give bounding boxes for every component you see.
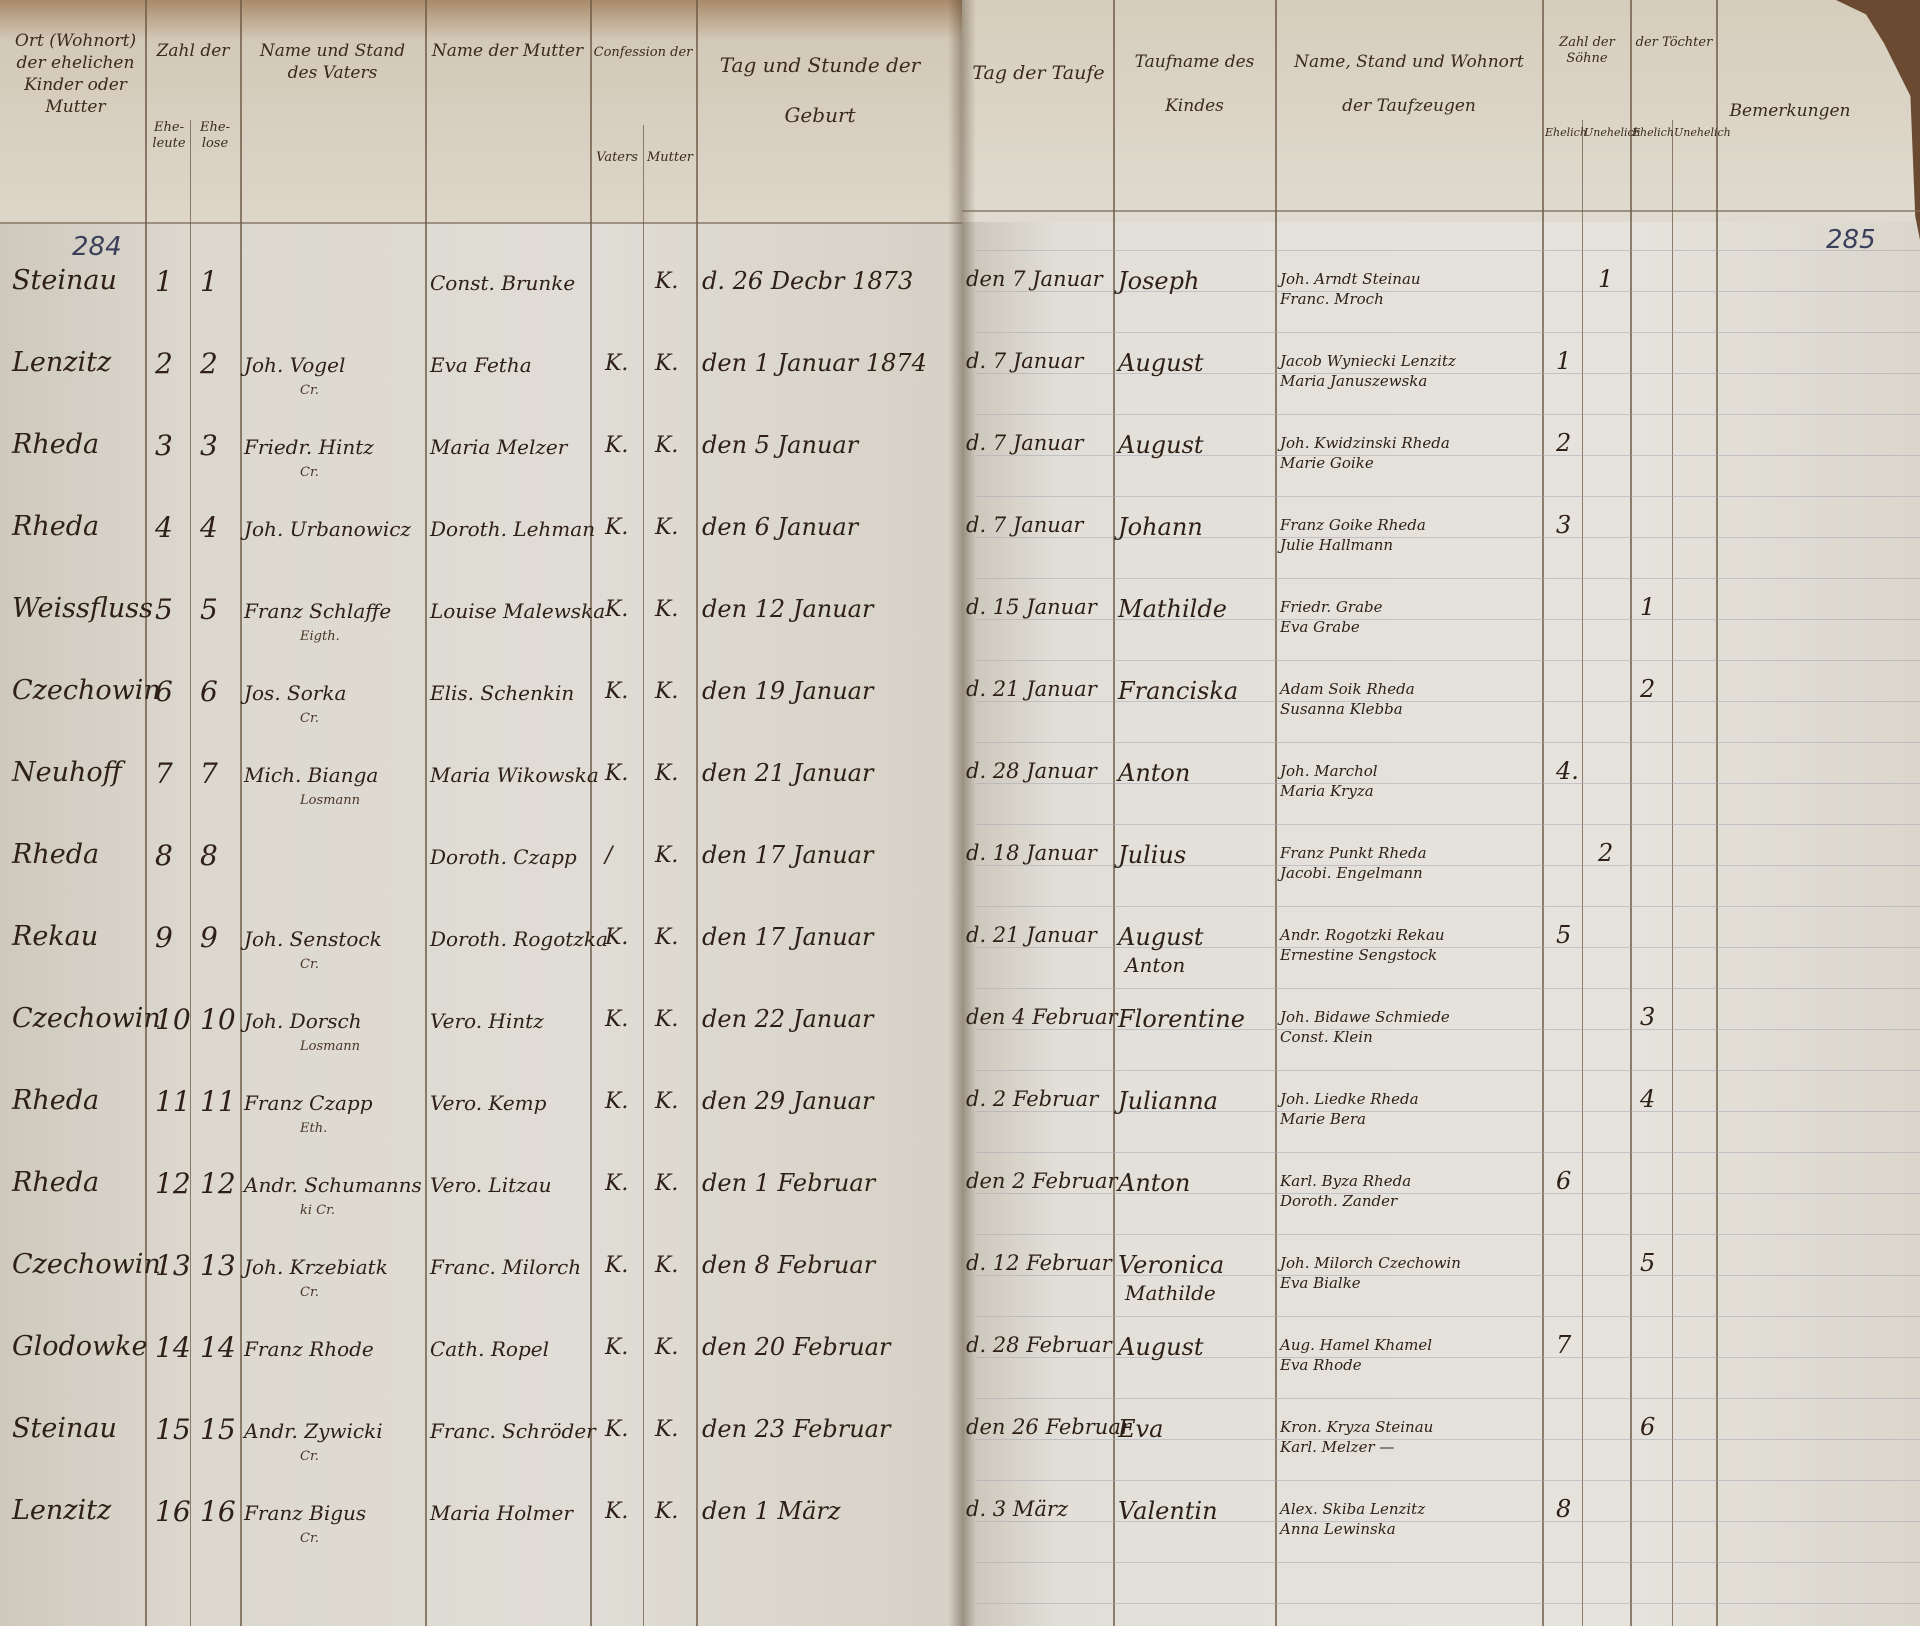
godparents-cell: Andr. Rogotzki Rekau Ernestine Sengstock	[1280, 925, 1445, 965]
child-name-cell: Mathilde	[1118, 595, 1227, 623]
child-name-cell: Anton	[1118, 1169, 1190, 1197]
header-daughters-illegit: Unehelich	[1674, 125, 1716, 141]
baptism-date-cell: d. 7 Januar	[966, 349, 1083, 373]
child-name-cell: August	[1118, 431, 1204, 459]
header-mother: Name der Mutter	[430, 40, 585, 62]
ruled-line	[976, 660, 1920, 661]
entry-number-cell: 1	[200, 265, 218, 298]
mother-cell: Eva Fetha	[430, 353, 532, 377]
birth-date-cell: den 29 Januar	[702, 1087, 873, 1115]
father-cell: Joh. Krzebiatk	[244, 1255, 388, 1279]
col-rule	[1582, 120, 1583, 1626]
child-second-name-cell: Mathilde	[1125, 1281, 1216, 1305]
ruled-line	[976, 1152, 1920, 1153]
entry-number-cell: 1	[155, 265, 173, 298]
col-rule	[1542, 0, 1544, 1626]
baptism-date-cell: d. 18 Januar	[966, 841, 1097, 865]
col-rule	[1275, 0, 1277, 1626]
godparents-cell: Joh. Kwidzinski Rheda Marie Goike	[1280, 433, 1450, 473]
birth-date-cell: den 19 Januar	[702, 677, 873, 705]
mother-cell: Vero. Litzau	[430, 1173, 551, 1197]
mother-cell: Maria Melzer	[430, 435, 567, 459]
mother-cell: Maria Holmer	[430, 1501, 573, 1525]
entry-number-cell: 14	[155, 1331, 191, 1364]
child-second-name-cell: Anton	[1125, 953, 1185, 977]
godparents-cell: Aug. Hamel Khamel Eva Rhode	[1280, 1335, 1432, 1375]
col-rule	[425, 0, 427, 1626]
ruled-line	[976, 1480, 1920, 1481]
entry-number-cell: 16	[155, 1495, 191, 1528]
right-page-number: 285	[1826, 225, 1876, 255]
godparents-cell: Franz Goike Rheda Julie Hallmann	[1280, 515, 1426, 555]
mother-cell: Maria Wikowska	[430, 763, 599, 787]
header-godparents: Name, Stand und Wohnort der Taufzeugen	[1280, 40, 1538, 128]
header-child-name: Taufname des Kindes	[1116, 40, 1273, 128]
godparents-cell: Kron. Kryza Steinau Karl. Melzer —	[1280, 1417, 1433, 1457]
confession-mother-cell: K.	[655, 1171, 678, 1196]
child-name-cell: Florentine	[1118, 1005, 1245, 1033]
confession-father-cell: K.	[605, 1335, 628, 1360]
sons-illegit-cell: 2	[1598, 839, 1613, 867]
father-cell: Andr. Zywicki	[244, 1419, 383, 1443]
birth-date-cell: den 20 Februar	[702, 1333, 890, 1361]
place-cell: Czechowin	[12, 1249, 161, 1280]
father-status-cell: Cr.	[300, 465, 319, 480]
birth-date-cell: den 17 Januar	[702, 923, 873, 951]
godparents-cell: Joh. Milorch Czechowin Eva Bialke	[1280, 1253, 1461, 1293]
baptism-date-cell: d. 15 Januar	[966, 595, 1097, 619]
entry-number-cell: 8	[200, 839, 218, 872]
header-sons-illegit: Unehelich	[1584, 125, 1630, 141]
baptism-date-cell: den 4 Februar	[966, 1005, 1118, 1029]
baptism-date-cell: d. 3 März	[966, 1497, 1068, 1521]
baptism-date-cell: d. 7 Januar	[966, 513, 1083, 537]
entry-number-cell: 15	[200, 1413, 236, 1446]
entry-number-cell: 2	[200, 347, 218, 380]
ruled-line	[976, 1070, 1920, 1071]
confession-mother-cell: K.	[655, 351, 678, 376]
confession-mother-cell: K.	[655, 515, 678, 540]
father-cell: Franz Bigus	[244, 1501, 366, 1525]
ruled-line	[976, 496, 1920, 497]
godparents-cell: Joh. Bidawe Schmiede Const. Klein	[1280, 1007, 1450, 1047]
ruled-line	[976, 906, 1920, 907]
book-gutter	[948, 0, 976, 1626]
father-status-cell: Eigth.	[300, 629, 340, 644]
ruled-line	[976, 988, 1920, 989]
birth-date-cell: den 8 Februar	[702, 1251, 875, 1279]
child-name-cell: Johann	[1118, 513, 1203, 541]
godparents-cell: Joh. Liedke Rheda Marie Bera	[1280, 1089, 1419, 1129]
entry-number-cell: 6	[155, 675, 173, 708]
baptism-date-cell: d. 28 Januar	[966, 759, 1097, 783]
birth-date-cell: den 5 Januar	[702, 431, 858, 459]
father-status-cell: Cr.	[300, 1449, 319, 1464]
mother-cell: Doroth. Czapp	[430, 845, 577, 869]
entry-number-cell: 16	[200, 1495, 236, 1528]
ruled-line	[976, 1316, 1920, 1317]
ruled-line	[976, 1398, 1920, 1399]
entry-number-cell: 7	[155, 757, 173, 790]
child-name-cell: August	[1118, 923, 1204, 951]
header-divider-right	[962, 210, 1920, 212]
father-status-cell: Losmann	[300, 1039, 360, 1054]
place-cell: Lenzitz	[12, 1495, 111, 1526]
birth-date-cell: den 17 Januar	[702, 841, 873, 869]
mother-cell: Cath. Ropel	[430, 1337, 549, 1361]
child-name-cell: Eva	[1118, 1415, 1163, 1443]
col-rule	[1672, 120, 1673, 1626]
confession-father-cell: K.	[605, 1417, 628, 1442]
father-cell: Andr. Schumanns	[244, 1173, 422, 1197]
baptism-date-cell: den 7 Januar	[966, 267, 1103, 291]
entry-number-cell: 5	[155, 593, 173, 626]
child-name-cell: Julius	[1118, 841, 1186, 869]
baptism-date-cell: d. 28 Februar	[966, 1333, 1112, 1357]
sons-legit-cell: 3	[1556, 511, 1571, 539]
confession-father-cell: K.	[605, 515, 628, 540]
birth-date-cell: den 6 Januar	[702, 513, 858, 541]
entry-number-cell: 12	[155, 1167, 191, 1200]
father-cell: Joh. Dorsch	[244, 1009, 362, 1033]
confession-father-cell: K.	[605, 1253, 628, 1278]
place-cell: Rheda	[12, 1085, 99, 1116]
place-cell: Lenzitz	[12, 347, 111, 378]
confession-mother-cell: K.	[655, 1499, 678, 1524]
confession-mother-cell: K.	[655, 761, 678, 786]
place-cell: Czechowin	[12, 1003, 161, 1034]
baptism-date-cell: d. 2 Februar	[966, 1087, 1098, 1111]
father-status-cell: Cr.	[300, 1531, 319, 1546]
birth-date-cell: den 12 Januar	[702, 595, 873, 623]
daughters-legit-cell: 3	[1640, 1003, 1655, 1031]
confession-mother-cell: K.	[655, 269, 678, 294]
mother-cell: Vero. Kemp	[430, 1091, 546, 1115]
mother-cell: Elis. Schenkin	[430, 681, 574, 705]
ruled-line	[976, 414, 1920, 415]
sons-legit-cell: 6	[1556, 1167, 1571, 1195]
right-page	[962, 0, 1920, 1626]
col-rule	[1113, 0, 1115, 1626]
place-cell: Rheda	[12, 1167, 99, 1198]
col-rule	[590, 0, 592, 1626]
father-status-cell: Cr.	[300, 711, 319, 726]
ruled-line	[976, 742, 1920, 743]
father-cell: Franz Czapp	[244, 1091, 373, 1115]
header-daughters: der Töchter	[1632, 35, 1716, 51]
ruled-line	[976, 824, 1920, 825]
col-rule	[145, 0, 147, 1626]
daughters-legit-cell: 4	[1640, 1085, 1655, 1113]
confession-father-cell: K.	[605, 761, 628, 786]
entry-number-cell: 3	[155, 429, 173, 462]
confession-father-cell: K.	[605, 351, 628, 376]
entry-number-cell: 9	[200, 921, 218, 954]
daughters-legit-cell: 2	[1640, 675, 1655, 703]
father-cell: Joh. Urbanowicz	[244, 517, 411, 541]
father-cell: Joh. Senstock	[244, 927, 382, 951]
confession-mother-cell: K.	[655, 843, 678, 868]
entry-number-cell: 11	[200, 1085, 236, 1118]
birth-date-cell: den 1 März	[702, 1497, 841, 1525]
confession-father-cell: K.	[605, 597, 628, 622]
godparents-cell: Karl. Byza Rheda Doroth. Zander	[1280, 1171, 1411, 1211]
child-name-cell: August	[1118, 1333, 1204, 1361]
header-count-married: Ehe-leute	[147, 120, 191, 152]
baptism-date-cell: d. 12 Februar	[966, 1251, 1112, 1275]
baptism-date-cell: d. 7 Januar	[966, 431, 1083, 455]
ruled-line	[976, 1603, 1920, 1604]
ruled-line	[976, 1234, 1920, 1235]
confession-father-cell: K.	[605, 1499, 628, 1524]
header-place: Ort (Wohnort) der ehelichen Kinder oder …	[8, 30, 143, 118]
header-sons: Zahl der Söhne	[1545, 35, 1629, 67]
birth-date-cell: den 22 Januar	[702, 1005, 873, 1033]
child-name-cell: Julianna	[1118, 1087, 1218, 1115]
father-cell: Franz Schlaffe	[244, 599, 391, 623]
confession-father-cell: K.	[605, 679, 628, 704]
baptism-date-cell: d. 21 Januar	[966, 923, 1097, 947]
entry-number-cell: 4	[155, 511, 173, 544]
child-name-cell: Joseph	[1118, 267, 1199, 295]
col-rule	[1630, 0, 1632, 1626]
left-page-number: 284	[72, 232, 122, 262]
confession-father-cell: K.	[605, 433, 628, 458]
confession-mother-cell: K.	[655, 433, 678, 458]
entry-number-cell: 7	[200, 757, 218, 790]
entry-number-cell: 10	[155, 1003, 191, 1036]
entry-number-cell: 13	[200, 1249, 236, 1282]
child-name-cell: Veronica	[1118, 1251, 1224, 1279]
ruled-line	[976, 1562, 1920, 1563]
daughters-legit-cell: 1	[1640, 593, 1655, 621]
place-cell: Steinau	[12, 1413, 117, 1444]
header-count: Zahl der	[147, 40, 239, 62]
entry-number-cell: 9	[155, 921, 173, 954]
confession-mother-cell: K.	[655, 1253, 678, 1278]
godparents-cell: Alex. Skiba Lenzitz Anna Lewinska	[1280, 1499, 1425, 1539]
father-cell: Franz Rhode	[244, 1337, 374, 1361]
mother-cell: Doroth. Rogotzka	[430, 927, 608, 951]
ruled-line	[976, 578, 1920, 579]
header-conf-father: Vaters	[592, 150, 642, 166]
entry-number-cell: 11	[155, 1085, 191, 1118]
birth-date-cell: den 1 Januar 1874	[702, 349, 927, 377]
child-name-cell: Anton	[1118, 759, 1190, 787]
ruled-line	[976, 332, 1920, 333]
sons-legit-cell: 4.	[1556, 757, 1579, 785]
confession-mother-cell: K.	[655, 679, 678, 704]
father-cell: Joh. Vogel	[244, 353, 345, 377]
father-status-cell: Cr.	[300, 1285, 319, 1300]
godparents-cell: Friedr. Grabe Eva Grabe	[1280, 597, 1383, 637]
place-cell: Neuhoff	[12, 757, 122, 788]
daughters-legit-cell: 5	[1640, 1249, 1655, 1277]
col-rule	[643, 125, 644, 1626]
entry-number-cell: 4	[200, 511, 218, 544]
confession-father-cell: K.	[605, 1007, 628, 1032]
father-cell: Mich. Bianga	[244, 763, 378, 787]
header-conf-mother: Mutter	[645, 150, 695, 166]
confession-mother-cell: K.	[655, 1335, 678, 1360]
entry-number-cell: 8	[155, 839, 173, 872]
daughters-legit-cell: 6	[1640, 1413, 1655, 1441]
child-name-cell: Franciska	[1118, 677, 1238, 705]
place-cell: Rekau	[12, 921, 98, 952]
place-cell: Rheda	[12, 429, 99, 460]
mother-cell: Vero. Hintz	[430, 1009, 544, 1033]
header-daughters-legit: Ehelich	[1632, 125, 1672, 141]
entry-number-cell: 12	[200, 1167, 236, 1200]
entry-number-cell: 15	[155, 1413, 191, 1446]
col-rule	[1716, 0, 1718, 1626]
baptism-date-cell: den 26 Februar	[966, 1415, 1131, 1439]
father-status-cell: Losmann	[300, 793, 360, 808]
sons-legit-cell: 1	[1556, 347, 1571, 375]
father-status-cell: Cr.	[300, 383, 319, 398]
baptism-date-cell: den 2 Februar	[966, 1169, 1118, 1193]
place-cell: Steinau	[12, 265, 117, 296]
father-status-cell: ki Cr.	[300, 1203, 335, 1218]
confession-father-cell: K.	[605, 925, 628, 950]
sons-illegit-cell: 1	[1598, 265, 1613, 293]
place-cell: Glodowke	[12, 1331, 147, 1362]
header-remarks: Bemerkungen	[1720, 100, 1860, 122]
godparents-cell: Joh. Arndt Steinau Franc. Mroch	[1280, 269, 1421, 309]
godparents-cell: Joh. Marchol Maria Kryza	[1280, 761, 1378, 801]
place-cell: Rheda	[12, 511, 99, 542]
mother-cell: Franc. Schröder	[430, 1419, 596, 1443]
father-status-cell: Eth.	[300, 1121, 327, 1136]
ruled-line	[976, 250, 1920, 251]
sons-legit-cell: 5	[1556, 921, 1571, 949]
entry-number-cell: 10	[200, 1003, 236, 1036]
place-cell: Czechowin	[12, 675, 161, 706]
confession-mother-cell: K.	[655, 1089, 678, 1114]
mother-cell: Louise Malewska	[430, 599, 605, 623]
col-rule	[240, 0, 242, 1626]
confession-mother-cell: K.	[655, 1007, 678, 1032]
confession-mother-cell: K.	[655, 1417, 678, 1442]
header-sons-legit: Ehelich	[1545, 125, 1582, 141]
father-status-cell: Cr.	[300, 957, 319, 972]
mother-cell: Doroth. Lehman	[430, 517, 595, 541]
header-baptism: Tag der Taufe	[966, 50, 1111, 96]
sons-legit-cell: 2	[1556, 429, 1571, 457]
child-name-cell: August	[1118, 349, 1204, 377]
entry-number-cell: 13	[155, 1249, 191, 1282]
confession-mother-cell: K.	[655, 925, 678, 950]
birth-date-cell: d. 26 Decbr 1873	[702, 267, 913, 295]
header-father: Name und Stand des Vaters	[245, 40, 420, 84]
confession-father-cell: K.	[605, 1171, 628, 1196]
mother-cell: Const. Brunke	[430, 271, 575, 295]
entry-number-cell: 14	[200, 1331, 236, 1364]
entry-number-cell: 6	[200, 675, 218, 708]
header-confession: Confession der	[592, 45, 694, 61]
child-name-cell: Valentin	[1118, 1497, 1218, 1525]
col-rule	[190, 120, 191, 1626]
birth-date-cell: den 1 Februar	[702, 1169, 875, 1197]
godparents-cell: Franz Punkt Rheda Jacobi. Engelmann	[1280, 843, 1427, 883]
place-cell: Rheda	[12, 839, 99, 870]
father-cell: Jos. Sorka	[244, 681, 346, 705]
godparents-cell: Jacob Wyniecki Lenzitz Maria Januszewska	[1280, 351, 1456, 391]
mother-cell: Franc. Milorch	[430, 1255, 581, 1279]
sons-legit-cell: 7	[1556, 1331, 1571, 1359]
header-count-illegit: Ehe-lose	[192, 120, 238, 152]
godparents-cell: Adam Soik Rheda Susanna Klebba	[1280, 679, 1415, 719]
entry-number-cell: 3	[200, 429, 218, 462]
birth-date-cell: den 21 Januar	[702, 759, 873, 787]
col-rule	[696, 0, 698, 1626]
confession-father-cell: /	[605, 843, 612, 868]
confession-father-cell: K.	[605, 1089, 628, 1114]
father-cell: Friedr. Hintz	[244, 435, 374, 459]
sons-legit-cell: 8	[1556, 1495, 1571, 1523]
entry-number-cell: 2	[155, 347, 173, 380]
place-cell: Weissfluss	[12, 593, 153, 624]
confession-mother-cell: K.	[655, 597, 678, 622]
entry-number-cell: 5	[200, 593, 218, 626]
header-birth: Tag und Stunde der Geburt	[700, 40, 940, 140]
birth-date-cell: den 23 Februar	[702, 1415, 890, 1443]
baptism-date-cell: d. 21 Januar	[966, 677, 1097, 701]
